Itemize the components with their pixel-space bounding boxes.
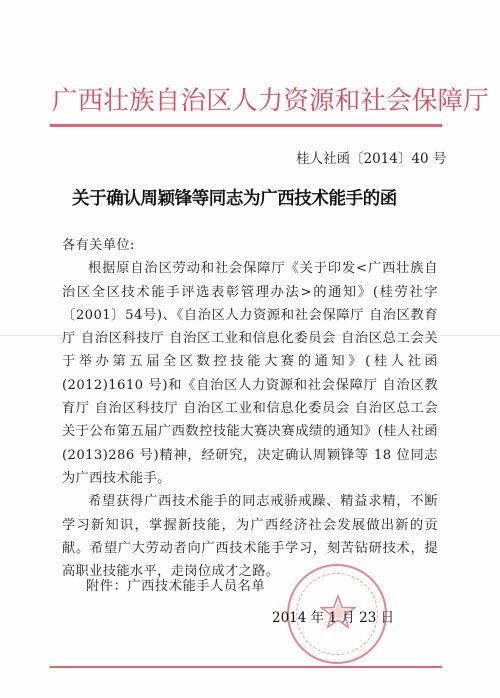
footer-divider <box>50 666 442 668</box>
header-divider <box>50 124 442 127</box>
organization-header: 广西壮族自治区人力资源和社会保障厅 <box>52 86 452 116</box>
salutation: 各有关单位: <box>62 234 438 257</box>
document-number: 桂人社函〔2014〕40 号 <box>296 147 446 167</box>
document-title: 关于确认周颖锋等同志为广西技术能手的函 <box>72 185 432 210</box>
attachment-note: 附件：广西技术能手人员名单 <box>86 575 265 594</box>
signing-date: 2014 年 1 月 23 日 <box>272 606 394 626</box>
body-paragraph: 希望获得广西技术能手的同志戒骄戒躁、精益求精，不断学习新知识，掌握新技能，为广西… <box>62 490 438 583</box>
document-page: 广西壮族自治区人力资源和社会保障厅 桂人社函〔2014〕40 号 关于确认周颖锋… <box>0 0 500 698</box>
body-paragraph: 根据原自治区劳动和社会保障厅《关于印发<广西壮族自治区全区技术能手评选表彰管理办… <box>62 257 438 490</box>
document-body: 各有关单位: 根据原自治区劳动和社会保障厅《关于印发<广西壮族自治区全区技术能手… <box>62 234 438 583</box>
